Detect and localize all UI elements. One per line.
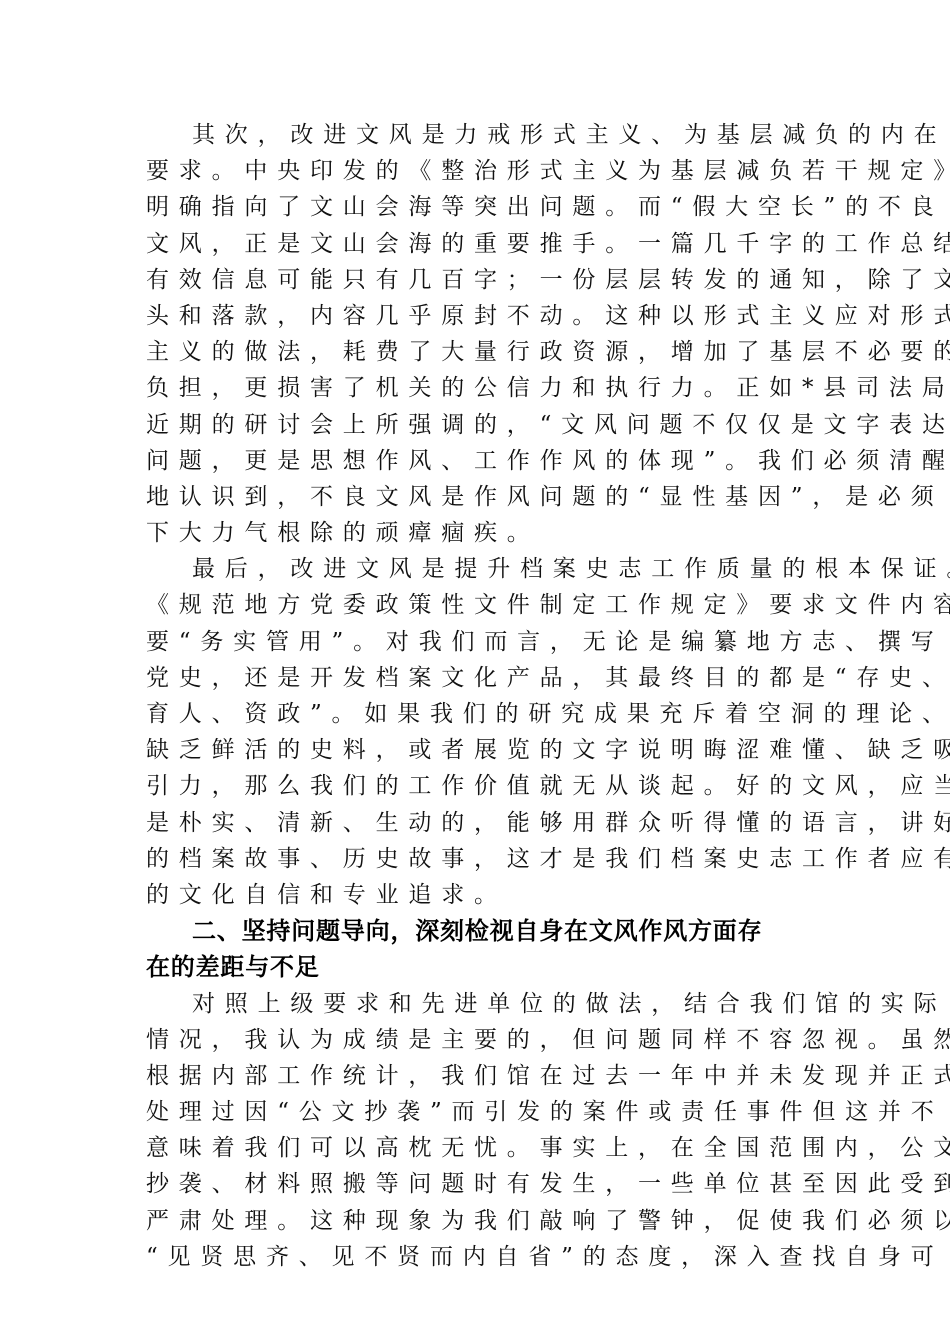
text-line: 抄袭、材料照搬等问题时有发生，一些单位甚至因此受到: [146, 1166, 806, 1202]
text-line: 根据内部工作统计，我们馆在过去一年中并未发现并正式: [146, 1058, 806, 1094]
text-line: 育人、资政”。如果我们的研究成果充斥着空洞的理论、: [146, 696, 806, 732]
text-line: 其次，改进文风是力戒形式主义、为基层减负的内在: [146, 117, 806, 153]
text-line: “见贤思齐、见不贤而内自省”的态度，深入查找自身可: [146, 1239, 806, 1275]
text-line: 负担，更损害了机关的公信力和执行力。正如*县司法局在: [146, 370, 806, 406]
text-line: 有效信息可能只有几百字；一份层层转发的通知，除了文: [146, 262, 806, 298]
text-line: 头和落款，内容几乎原封不动。这种以形式主义应对形式: [146, 298, 806, 334]
text-line: 地认识到，不良文风是作风问题的“显性基因”，是必须: [146, 479, 806, 515]
section-heading: 二、坚持问题导向，深刻检视自身在文风作风方面存 在的差距与不足: [146, 913, 806, 985]
text-line: 的文化自信和专业追求。: [146, 877, 806, 913]
paragraph-reduce-burden: 其次，改进文风是力戒形式主义、为基层减负的内在 要求。中央印发的《整治形式主义为…: [146, 117, 806, 551]
text-line: 情况，我认为成绩是主要的，但问题同样不容忽视。虽然: [146, 1022, 806, 1058]
text-line: 党史，还是开发档案文化产品，其最终目的都是“存史、: [146, 660, 806, 696]
text-line: 是朴实、清新、生动的，能够用群众听得懂的语言，讲好*: [146, 805, 806, 841]
paragraph-archive-quality: 最后，改进文风是提升档案史志工作质量的根本保证。 《规范地方党委政策性文件制定工…: [146, 551, 806, 913]
text-line: 文风，正是文山会海的重要推手。一篇几千字的工作总结: [146, 226, 806, 262]
text-line: 严肃处理。这种现象为我们敲响了警钟，促使我们必须以: [146, 1203, 806, 1239]
text-line: 下大力气根除的顽瘴痼疾。: [146, 515, 806, 551]
text-line: 明确指向了文山会海等突出问题。而“假大空长”的不良: [146, 189, 806, 225]
text-line: 问题，更是思想作风、工作作风的体现”。我们必须清醒: [146, 443, 806, 479]
text-line: 最后，改进文风是提升档案史志工作质量的根本保证。: [146, 551, 806, 587]
text-line: 引力，那么我们的工作价值就无从谈起。好的文风，应当: [146, 768, 806, 804]
heading-line: 在的差距与不足: [146, 949, 806, 985]
paragraph-self-review: 对照上级要求和先进单位的做法，结合我们馆的实际 情况，我认为成绩是主要的，但问题…: [146, 986, 806, 1276]
text-line: 《规范地方党委政策性文件制定工作规定》要求文件内容: [146, 587, 806, 623]
text-line: 对照上级要求和先进单位的做法，结合我们馆的实际: [146, 986, 806, 1022]
text-line: 处理过因“公文抄袭”而引发的案件或责任事件但这并不: [146, 1094, 806, 1130]
text-line: 近期的研讨会上所强调的，“文风问题不仅仅是文字表达: [146, 407, 806, 443]
text-line: 缺乏鲜活的史料，或者展览的文字说明晦涩难懂、缺乏吸: [146, 732, 806, 768]
heading-line: 二、坚持问题导向，深刻检视自身在文风作风方面存: [146, 913, 806, 949]
text-line: 要求。中央印发的《整治形式主义为基层减负若干规定》: [146, 153, 806, 189]
text-line: 意味着我们可以高枕无忧。事实上，在全国范围内，公文: [146, 1130, 806, 1166]
text-line: 主义的做法，耗费了大量行政资源，增加了基层不必要的: [146, 334, 806, 370]
text-line: 要“务实管用”。对我们而言，无论是编纂地方志、撰写: [146, 624, 806, 660]
text-line: 的档案故事、历史故事，这才是我们档案史志工作者应有: [146, 841, 806, 877]
document-page: 其次，改进文风是力戒形式主义、为基层减负的内在 要求。中央印发的《整治形式主义为…: [146, 117, 806, 1275]
